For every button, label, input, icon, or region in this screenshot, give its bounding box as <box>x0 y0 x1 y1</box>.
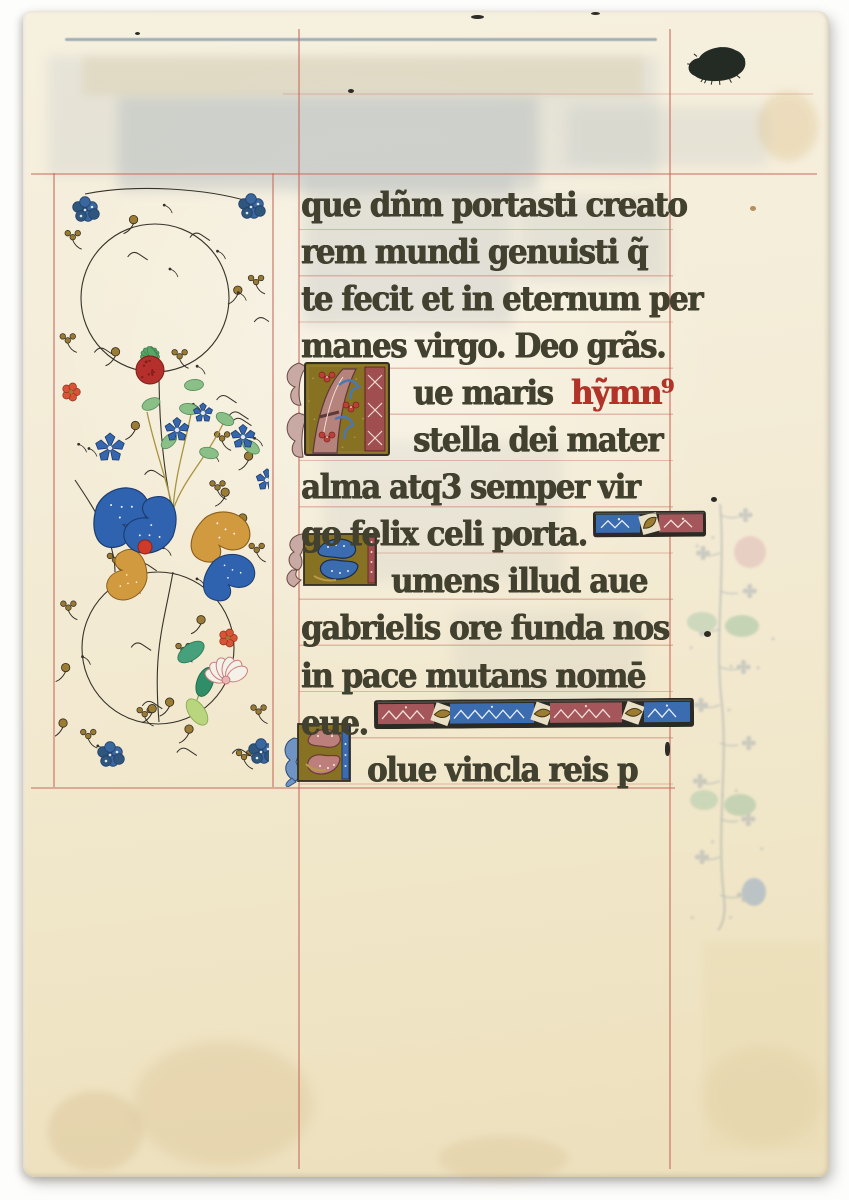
line-text: eue. <box>301 703 368 743</box>
brown-speck <box>750 206 756 211</box>
text-line-13: olue vincla reis p <box>301 746 673 793</box>
text-line-8: go felix celi porta. <box>301 511 673 558</box>
right-column-tinge <box>703 941 823 1151</box>
bottom-stain <box>438 1136 568 1181</box>
ink-speck <box>135 32 140 35</box>
line-filler-long <box>374 698 694 729</box>
latin-text-block: que dñm portasti creatorem mundi genuist… <box>301 181 673 797</box>
text-line-7: alma atq3 semper vir <box>301 464 673 511</box>
line-text: rem mundi genuisti q̃ <box>301 232 647 272</box>
text-line-4: manes virgo. Deo grãs. <box>301 322 673 369</box>
text-line-6: stella dei mater <box>301 417 673 464</box>
ruling-line-top <box>31 173 817 175</box>
manuscript-leaf: que dñm portasti creatorem mundi genuist… <box>23 11 829 1177</box>
line-text: gabrielis ore funda nos <box>301 609 669 649</box>
line-filler-short <box>593 510 706 537</box>
ink-speck <box>711 497 717 502</box>
bottom-stain <box>48 1091 143 1171</box>
top-right-stain <box>758 91 818 161</box>
scan-background: que dñm portasti creatorem mundi genuist… <box>0 0 849 1200</box>
line-text: alma atq3 semper vir <box>301 467 640 507</box>
text-line-1: que dñm portasti creato <box>301 181 673 228</box>
text-line-3: te fecit et in eternum per <box>301 275 673 322</box>
ruling-line-faint-upper <box>283 93 813 95</box>
blue-rule-showthrough <box>65 38 657 41</box>
ink-speck <box>348 89 354 93</box>
line-text: manes virgo. Deo grãs. <box>301 326 665 366</box>
text-line-2: rem mundi genuisti q̃ <box>301 228 673 275</box>
text-line-12: eue. <box>301 699 673 746</box>
yellow-band-stain <box>83 56 643 96</box>
border-frame-line-right <box>272 173 274 787</box>
text-line-10: gabrielis ore funda nos <box>301 605 673 652</box>
grey-offset-stain-dark <box>118 96 538 191</box>
text-line-11: in pace mutans nomē <box>301 652 673 699</box>
line-text: in pace mutans nomē <box>301 656 645 696</box>
text-line-9: umens illud aue <box>301 558 673 605</box>
text-line-5: ue marishỹmn⁹ <box>301 369 673 416</box>
bottom-stain <box>133 1041 313 1166</box>
line-text: que dñm portasti creato <box>301 185 686 225</box>
ink-speck <box>471 15 484 19</box>
bottom-stain <box>703 1046 823 1146</box>
ink-speck <box>704 631 711 637</box>
ink-speck <box>665 742 670 756</box>
line-text: olue vincla reis p <box>367 750 637 790</box>
line-text: te fecit et in eternum per <box>301 279 702 319</box>
line-text: stella dei mater <box>413 420 662 460</box>
grey-offset-stain <box>48 56 658 176</box>
floral-border-art <box>55 180 269 770</box>
grey-offset-stain-right <box>568 106 768 166</box>
line-text: go felix celi porta. <box>301 514 587 554</box>
rubric-text: hỹmn⁹ <box>571 373 673 413</box>
ink-blot <box>681 42 751 92</box>
ink-speck <box>591 12 600 15</box>
line-text: ue maris <box>413 373 553 413</box>
line-text: umens illud aue <box>391 561 647 601</box>
verso-border-showthrough <box>678 500 788 932</box>
